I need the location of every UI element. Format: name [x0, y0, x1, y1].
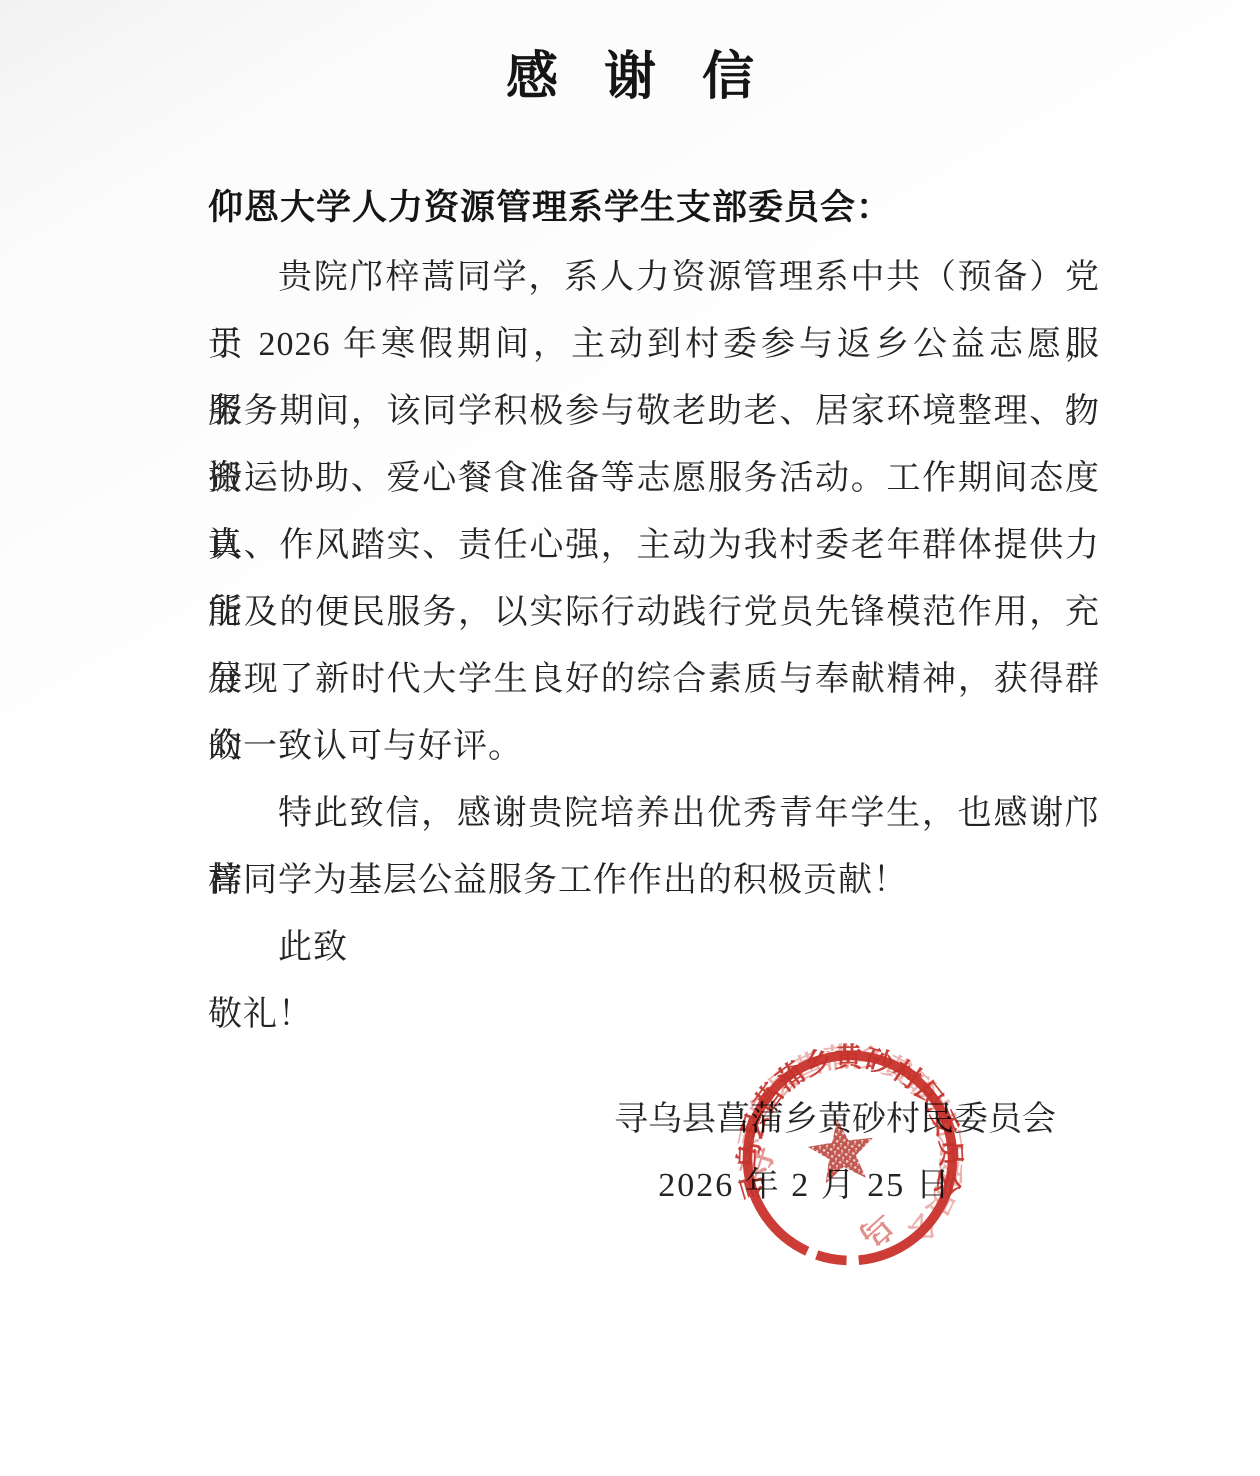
- closing-jingli: 敬礼！: [208, 981, 1100, 1048]
- body-line: 服务期间，该同学积极参与敬老助老、居家环境整理、物资: [208, 378, 1100, 445]
- letter-page: 感谢信 仰恩大学人力资源管理系学生支部委员会： 贵院邝梓蒿同学，系人力资源管理系…: [0, 0, 1260, 1476]
- body-line: 特此致信，感谢贵院培养出优秀青年学生，也感谢邝梓: [208, 780, 1100, 847]
- body-line: 展现了新时代大学生良好的综合素质与奉献精神，获得群众: [208, 646, 1100, 713]
- body-line: 蒿同学为基层公益服务工作作出的积极贡献！: [208, 847, 1100, 914]
- letter-body: 贵院邝梓蒿同学，系人力资源管理系中共（预备）党员， 于 2026 年寒假期间，主…: [208, 244, 1100, 1048]
- signature-date: 2026 年 2 月 25 日: [600, 1164, 1070, 1208]
- signature-org: 寻乌县菖蒲乡黄砂村民委员会: [600, 1098, 1070, 1142]
- body-line: 能及的便民服务，以实际行动践行党员先锋模范作用，充分: [208, 579, 1100, 646]
- body-line: 的一致认可与好评。: [208, 713, 1100, 780]
- body-line: 贵院邝梓蒿同学，系人力资源管理系中共（预备）党员，: [208, 244, 1100, 311]
- seal-ghost-mark: 乌: [852, 1205, 901, 1254]
- body-line: 于 2026 年寒假期间，主动到村委参与返乡公益志愿服务。: [208, 311, 1100, 378]
- closing-cizhi: 此致: [208, 914, 1100, 981]
- salutation: 仰恩大学人力资源管理系学生支部委员会：: [208, 180, 892, 230]
- letter-title: 感谢信: [0, 34, 1260, 109]
- body-line: 真、作风踏实、责任心强，主动为我村委老年群体提供力所: [208, 512, 1100, 579]
- body-line: 搬运协助、爱心餐食准备等志愿服务活动。工作期间态度认: [208, 445, 1100, 512]
- letter-title-text: 感谢信: [506, 48, 800, 106]
- signature-block: 寻乌县菖蒲乡黄砂村民委员会 2026 年 2 月 25 日: [600, 1098, 1070, 1208]
